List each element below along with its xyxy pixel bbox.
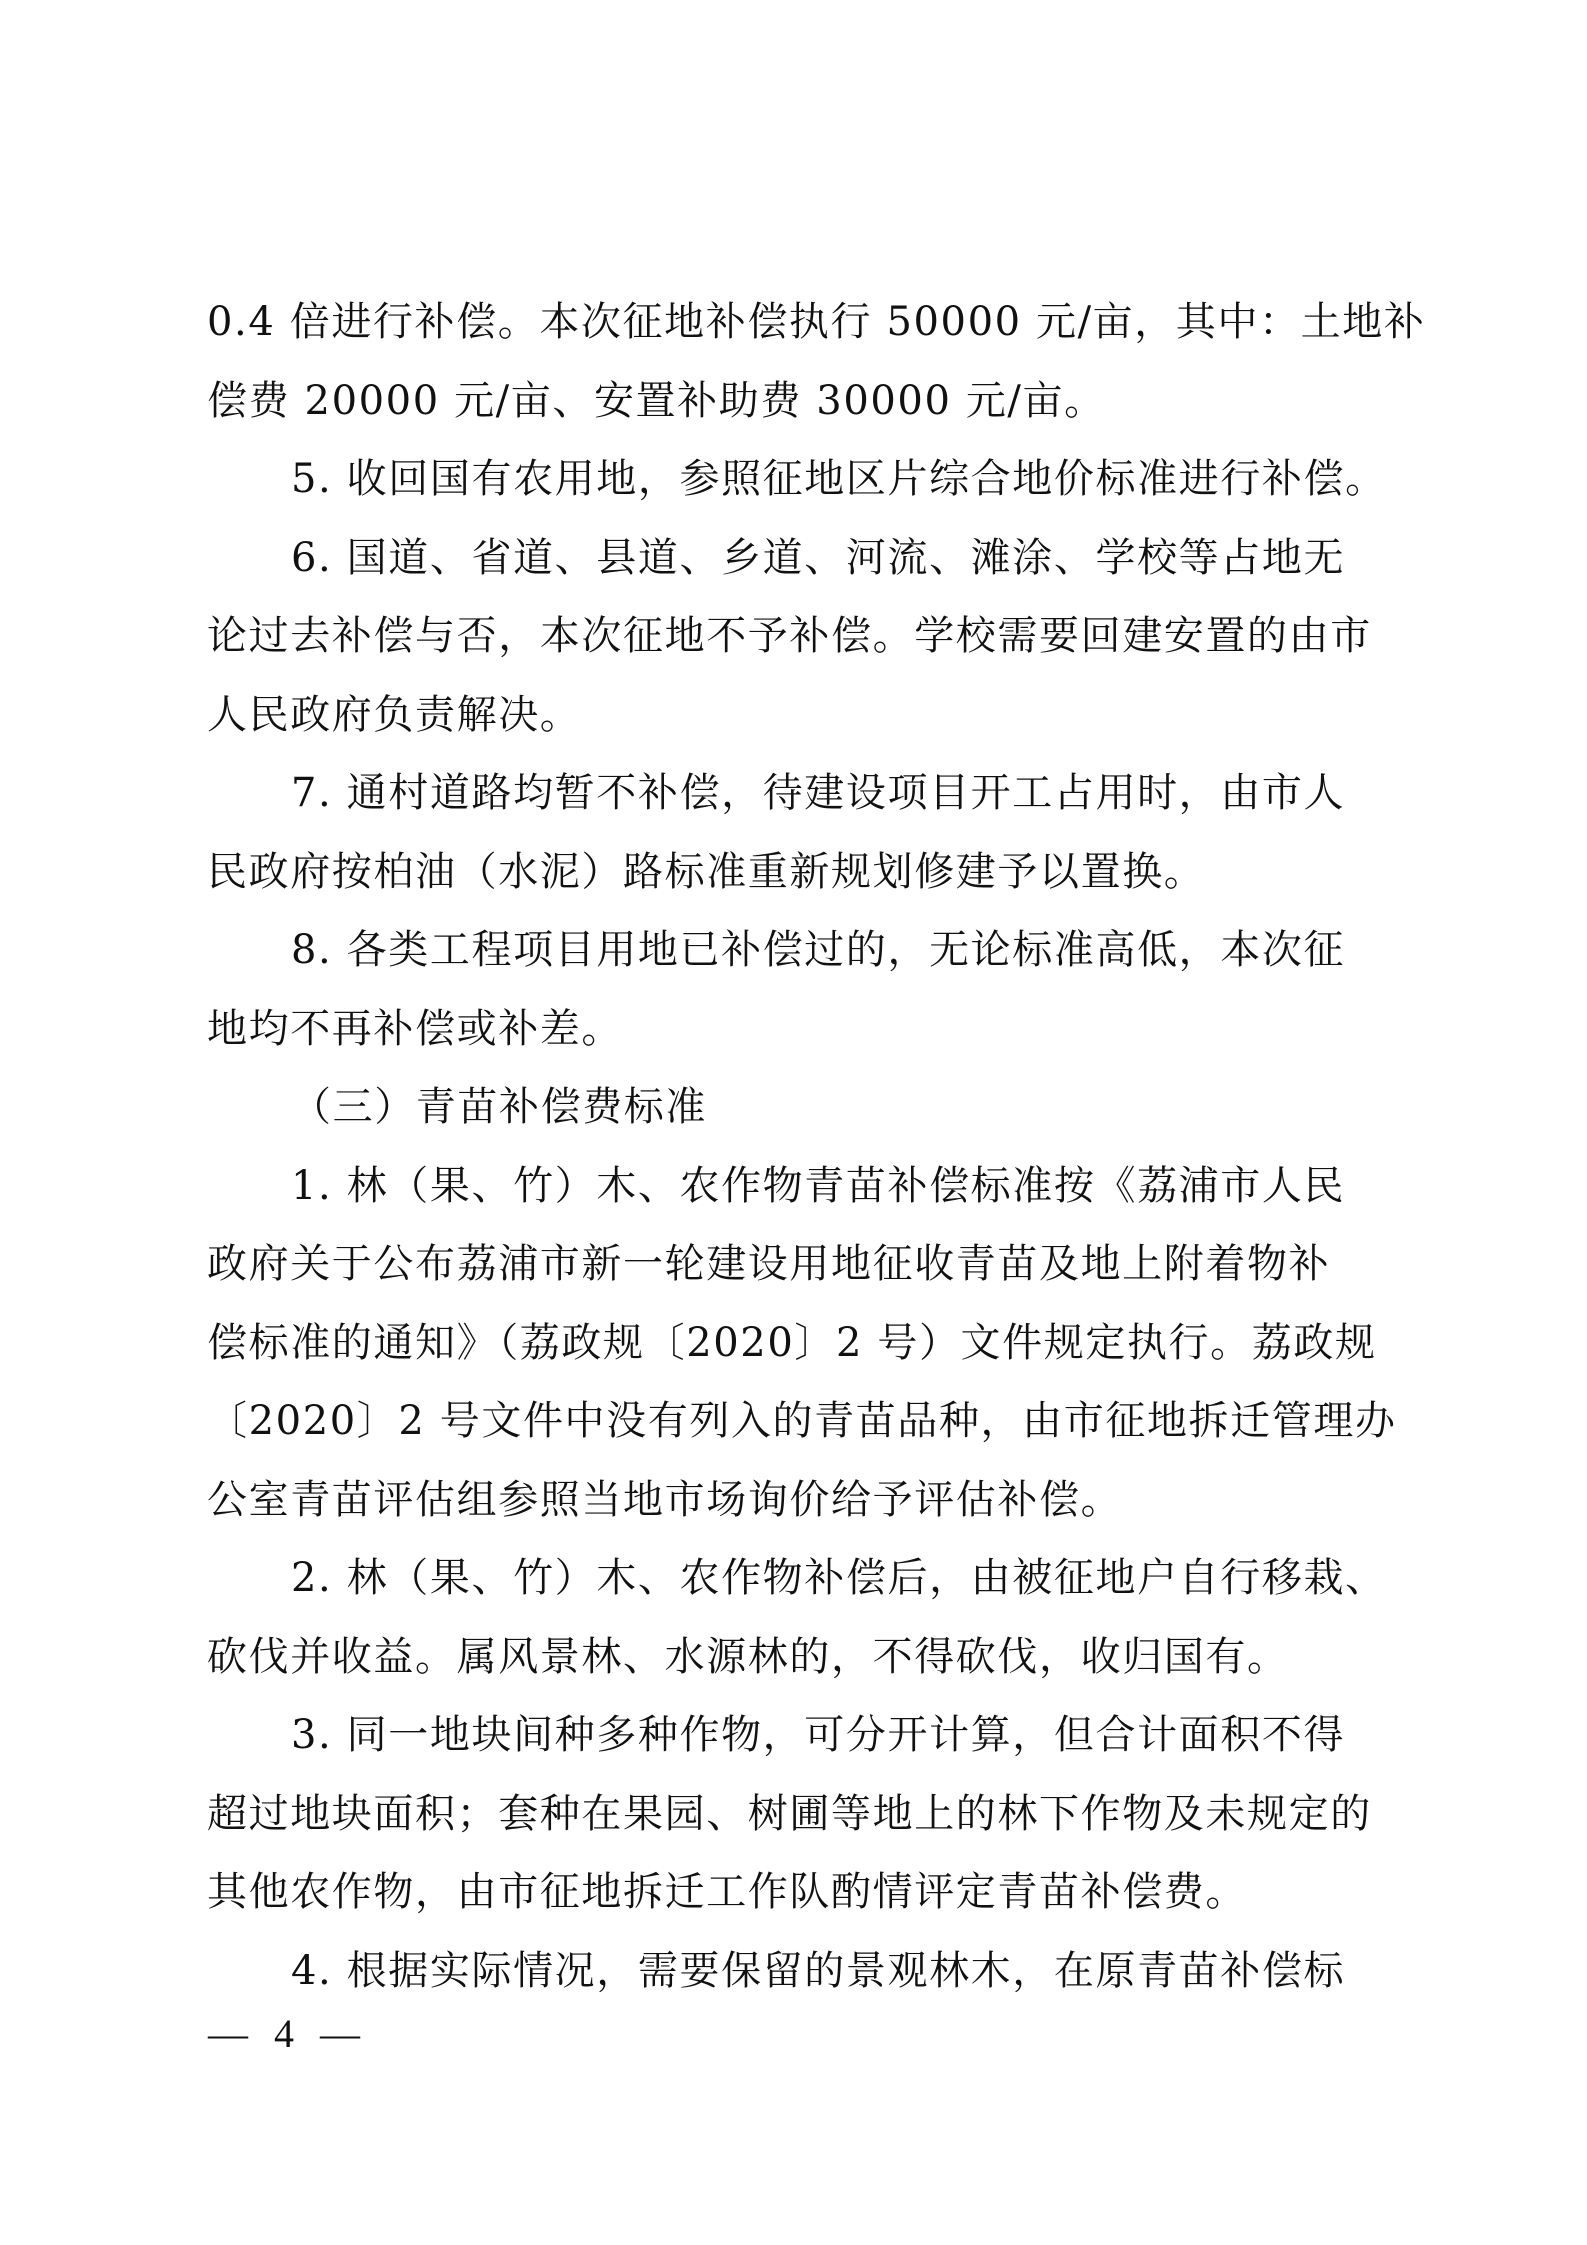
section-heading: （三）青苗补偿费标准 [207,1068,1393,1147]
text-line: 5. 收回国有农用地，参照征地区片综合地价标准进行补偿。 [207,440,1393,519]
text-line: 其他农作物，由市征地拆迁工作队酌情评定青苗补偿费。 [207,1853,1393,1932]
text-line: 偿费 20000 元/亩、安置补助费 30000 元/亩。 [207,362,1393,441]
text-line: 人民政府负责解决。 [207,676,1393,755]
text-line: 8. 各类工程项目用地已补偿过的，无论标准高低，本次征 [207,911,1393,990]
text-line: 民政府按柏油（水泥）路标准重新规划修建予以置换。 [207,833,1393,912]
text-line: 砍伐并收益。属风景林、水源林的，不得砍伐，收归国有。 [207,1618,1393,1697]
text-line: 0.4 倍进行补偿。本次征地补偿执行 50000 元/亩，其中：土地补 [207,283,1393,362]
text-line: 6. 国道、省道、县道、乡道、河流、滩涂、学校等占地无 [207,519,1393,598]
text-line: 1. 林（果、竹）木、农作物青苗补偿标准按《荔浦市人民 [207,1147,1393,1226]
text-line: 政府关于公布荔浦市新一轮建设用地征收青苗及地上附着物补 [207,1225,1393,1304]
text-line: 公室青苗评估组参照当地市场询价给予评估补偿。 [207,1461,1393,1540]
text-line: 偿标准的通知》（荔政规〔2020〕2 号）文件规定执行。荔政规 [207,1304,1393,1383]
text-line: 4. 根据实际情况，需要保留的景观林木，在原青苗补偿标 [207,1932,1393,2011]
text-line: 论过去补偿与否，本次征地不予补偿。学校需要回建安置的由市 [207,597,1393,676]
text-line: 3. 同一地块间种多种作物，可分开计算，但合计面积不得 [207,1696,1393,1775]
text-line: 2. 林（果、竹）木、农作物补偿后，由被征地户自行移栽、 [207,1539,1393,1618]
document-page: 0.4 倍进行补偿。本次征地补偿执行 50000 元/亩，其中：土地补 偿费 2… [0,0,1587,2245]
text-line: 〔2020〕2 号文件中没有列入的青苗品种，由市征地拆迁管理办 [207,1382,1393,1461]
page-number: — 4 — [208,2010,362,2057]
text-line: 地均不再补偿或补差。 [207,990,1393,1069]
text-line: 7. 通村道路均暂不补偿，待建设项目开工占用时，由市人 [207,754,1393,833]
text-line: 超过地块面积；套种在果园、树圃等地上的林下作物及未规定的 [207,1775,1393,1854]
document-body: 0.4 倍进行补偿。本次征地补偿执行 50000 元/亩，其中：土地补 偿费 2… [207,283,1393,2010]
